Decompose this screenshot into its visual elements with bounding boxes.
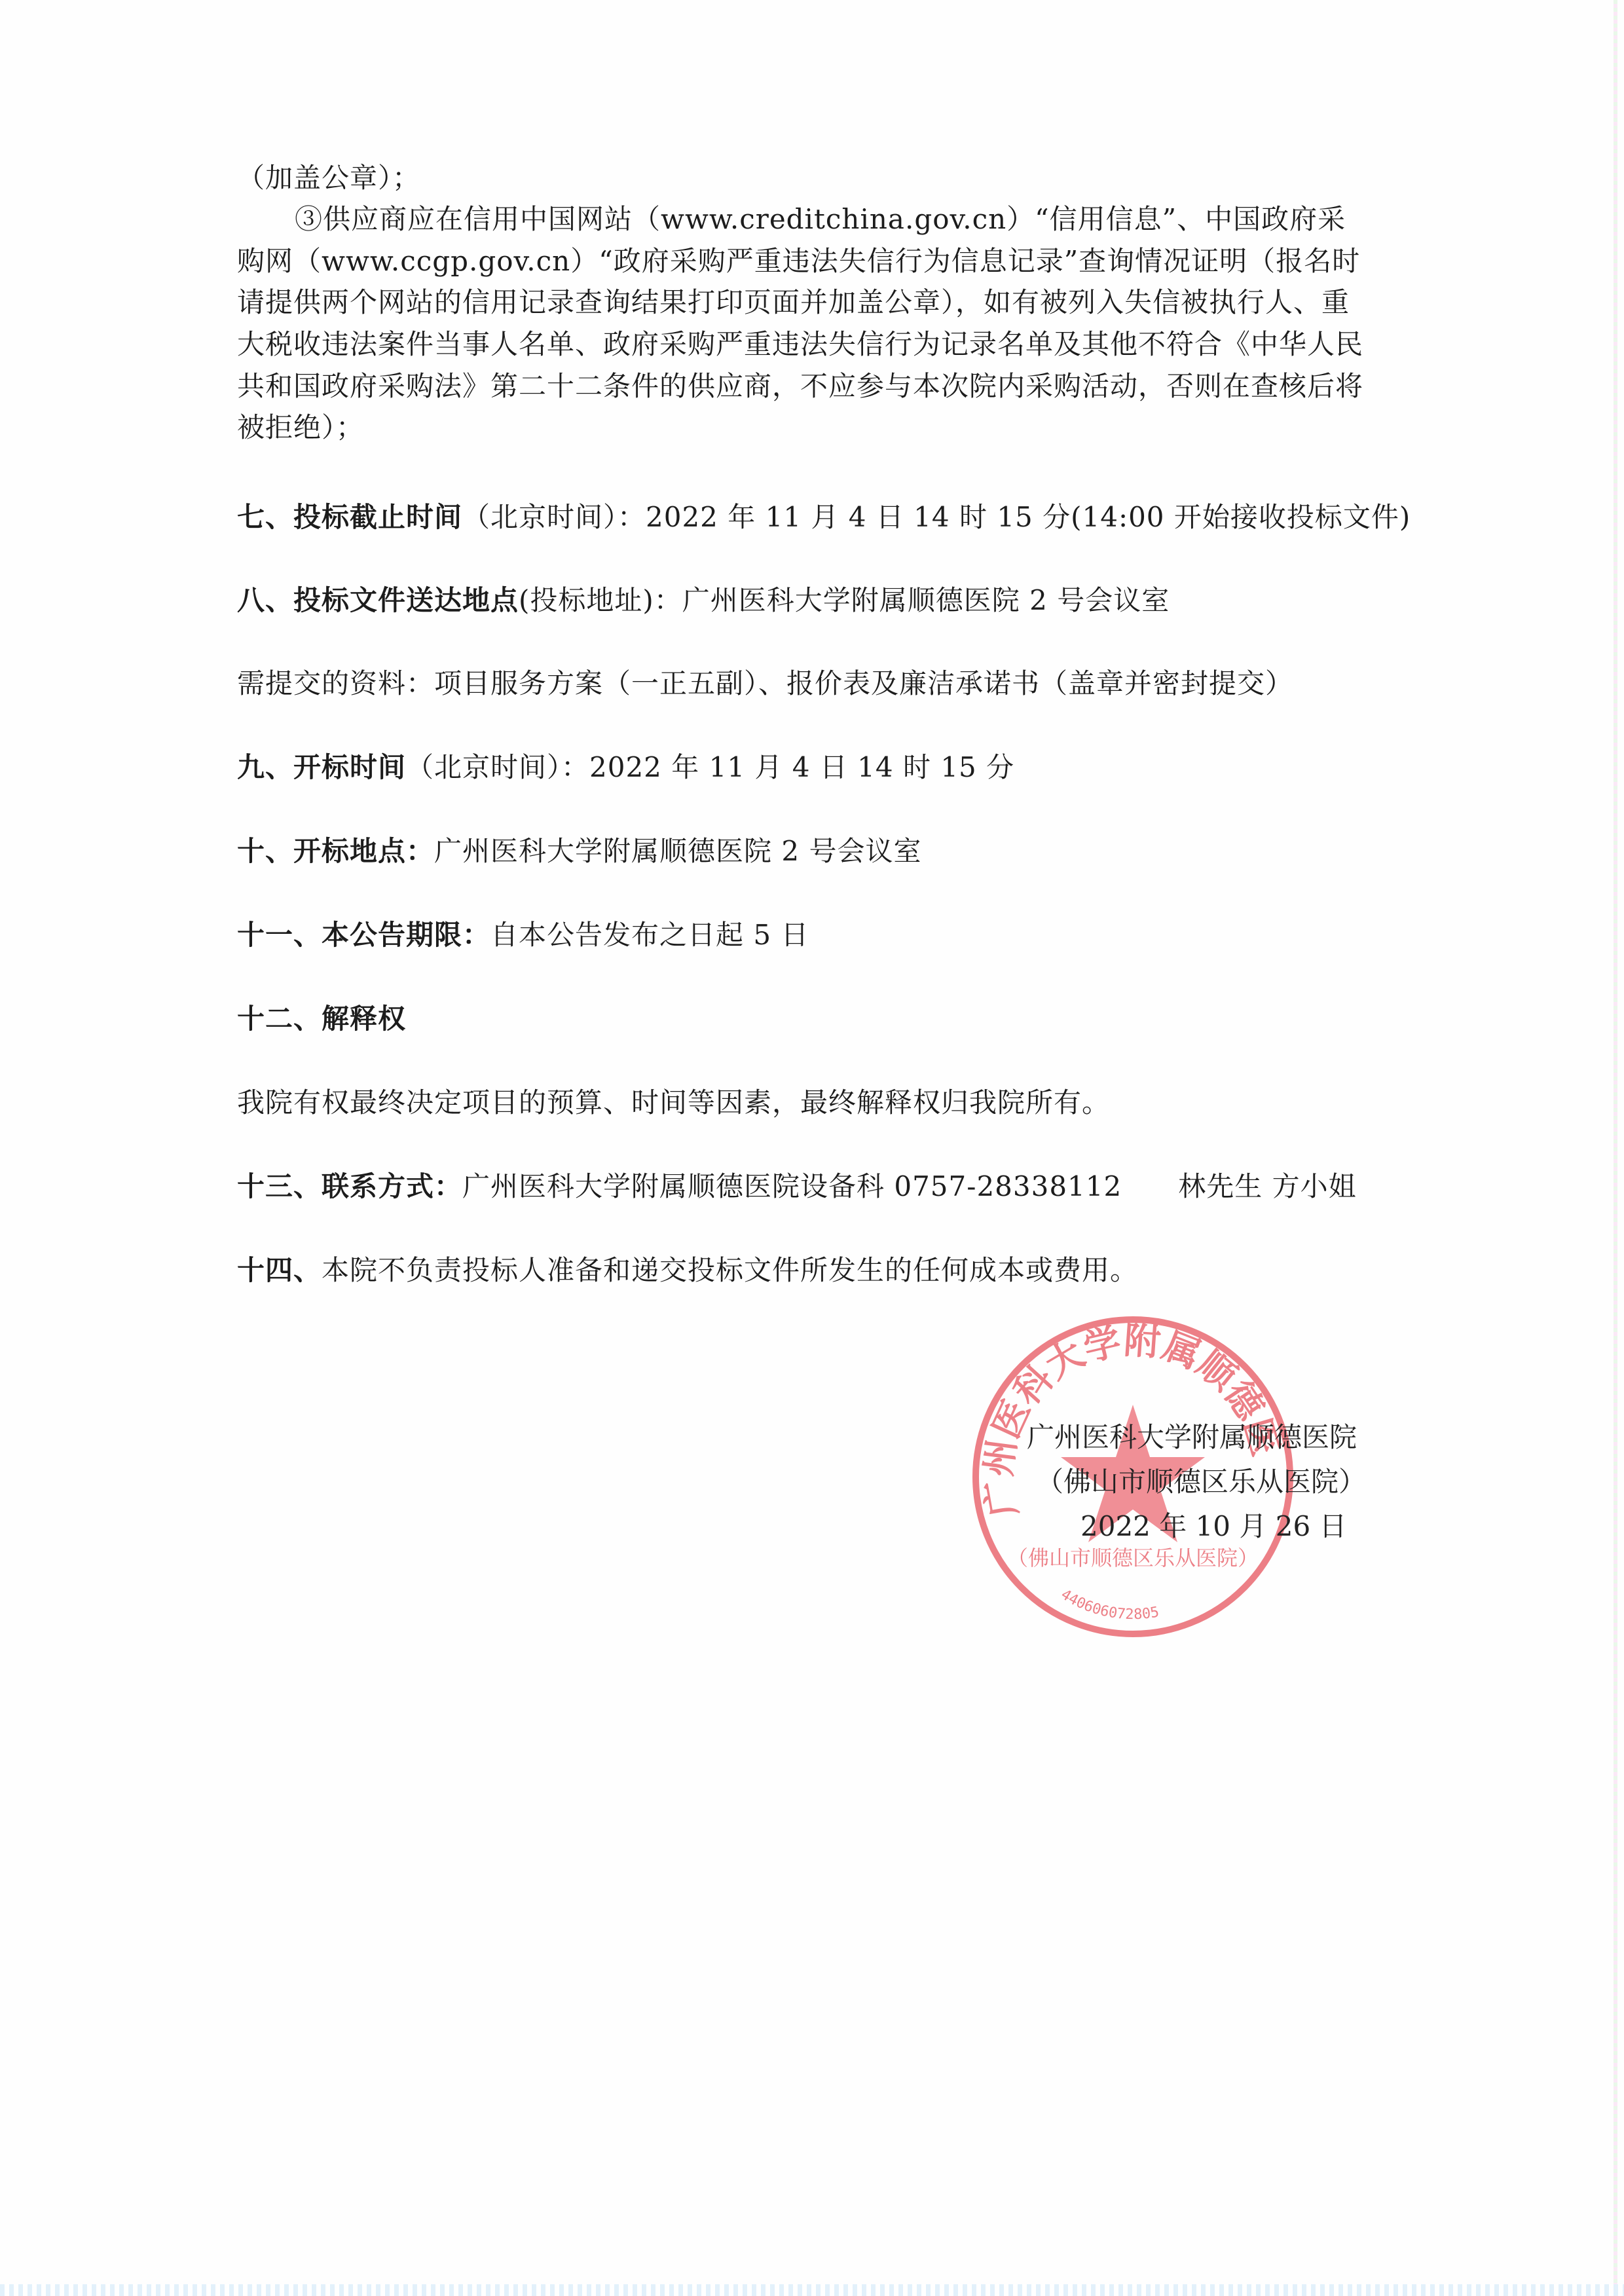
section-heading: 八、投标文件送达地点 [237, 584, 519, 616]
section-heading: 十三、联系方式： [237, 1170, 462, 1202]
section-opening-location: 十、开标地点：广州医科大学附属顺德医院 2 号会议室 [237, 830, 921, 872]
signature-org-name: 广州医科大学附属顺德医院 [1027, 1416, 1357, 1458]
section-bid-deadline: 七、投标截止时间（北京时间）：2022 年 11 月 4 日 14 时 15 分… [237, 496, 1411, 538]
required-materials: 需提交的资料：项目服务方案（一正五副）、报价表及廉洁承诺书（盖章并密封提交） [237, 663, 1293, 705]
scan-edge-right [1614, 0, 1617, 2296]
section-heading: 七、投标截止时间 [237, 501, 462, 533]
section-notice-period: 十一、本公告期限：自本公告发布之日起 5 日 [237, 914, 809, 956]
section-body: （北京时间）：2022 年 11 月 4 日 14 时 15 分(14:00 开… [462, 501, 1411, 533]
section-disclaimer: 十四、本院不负责投标人准备和递交投标文件所发生的任何成本或费用。 [237, 1250, 1138, 1291]
section-contact: 十三、联系方式：广州医科大学附属顺德医院设备科 0757-28338112 林先… [237, 1166, 1357, 1208]
credit-paragraph-line-5: 共和国政府采购法》第二十二条件的供应商，不应参与本次院内采购活动，否则在查核后将 [237, 365, 1363, 407]
credit-paragraph-line-4: 大税收违法案件当事人名单、政府采购严重违法失信行为记录名单及其他不符合《中华人民 [237, 324, 1363, 365]
section-body: 需提交的资料：项目服务方案（一正五副）、报价表及廉洁承诺书（盖章并密封提交） [237, 667, 1293, 699]
section-body: 自本公告发布之日起 5 日 [490, 919, 809, 951]
scan-edge-bottom [0, 2284, 1624, 2296]
section-body: （北京时间）：2022 年 11 月 4 日 14 时 15 分 [406, 751, 1014, 783]
credit-paragraph-line-6: 被拒绝）； [237, 407, 364, 449]
credit-paragraph-line-2: 购网（www.ccgp.gov.cn）“政府采购严重违法失信行为信息记录”查询情… [237, 240, 1360, 282]
section-body: 我院有权最终决定项目的预算、时间等因素，最终解释权归我院所有。 [237, 1086, 1110, 1119]
section-bid-location: 八、投标文件送达地点(投标地址)：广州医科大学附属顺德医院 2 号会议室 [237, 580, 1170, 621]
section-body: (投标地址)：广州医科大学附属顺德医院 2 号会议室 [519, 584, 1170, 616]
section-interpretation: 十二、解释权 [237, 998, 406, 1040]
section-heading: 十、开标地点： [237, 835, 434, 867]
section-body: 广州医科大学附属顺德医院 2 号会议室 [434, 835, 921, 867]
credit-paragraph-line-1: ③供应商应在信用中国网站（www.creditchina.gov.cn）“信用信… [295, 198, 1346, 240]
section-heading: 十四、 [237, 1254, 322, 1286]
signature-alt-name: （佛山市顺德区乐从医院） [1036, 1461, 1366, 1503]
section-heading: 九、开标时间 [237, 751, 406, 783]
section-heading: 十二、解释权 [237, 1003, 406, 1035]
section-body: 本院不负责投标人准备和递交投标文件所发生的任何成本或费用。 [322, 1254, 1138, 1286]
seal-note-line: （加盖公章）； [237, 157, 420, 199]
section-heading: 十一、本公告期限： [237, 919, 490, 951]
interpretation-body: 我院有权最终决定项目的预算、时间等因素，最终解释权归我院所有。 [237, 1082, 1110, 1124]
svg-text:（佛山市顺德区乐从医院）: （佛山市顺德区乐从医院） [1007, 1546, 1259, 1570]
svg-text:440606072805: 440606072805 [1058, 1586, 1160, 1623]
document-page: （加盖公章）； ③供应商应在信用中国网站（www.creditchina.gov… [0, 0, 1624, 2296]
section-opening-time: 九、开标时间（北京时间）：2022 年 11 月 4 日 14 时 15 分 [237, 747, 1014, 788]
signature-date: 2022 年 10 月 26 日 [1080, 1506, 1347, 1547]
credit-paragraph-line-3: 请提供两个网站的信用记录查询结果打印页面并加盖公章），如有被列入失信被执行人、重 [237, 282, 1350, 324]
section-body: 广州医科大学附属顺德医院设备科 0757-28338112 林先生 方小姐 [462, 1170, 1357, 1202]
